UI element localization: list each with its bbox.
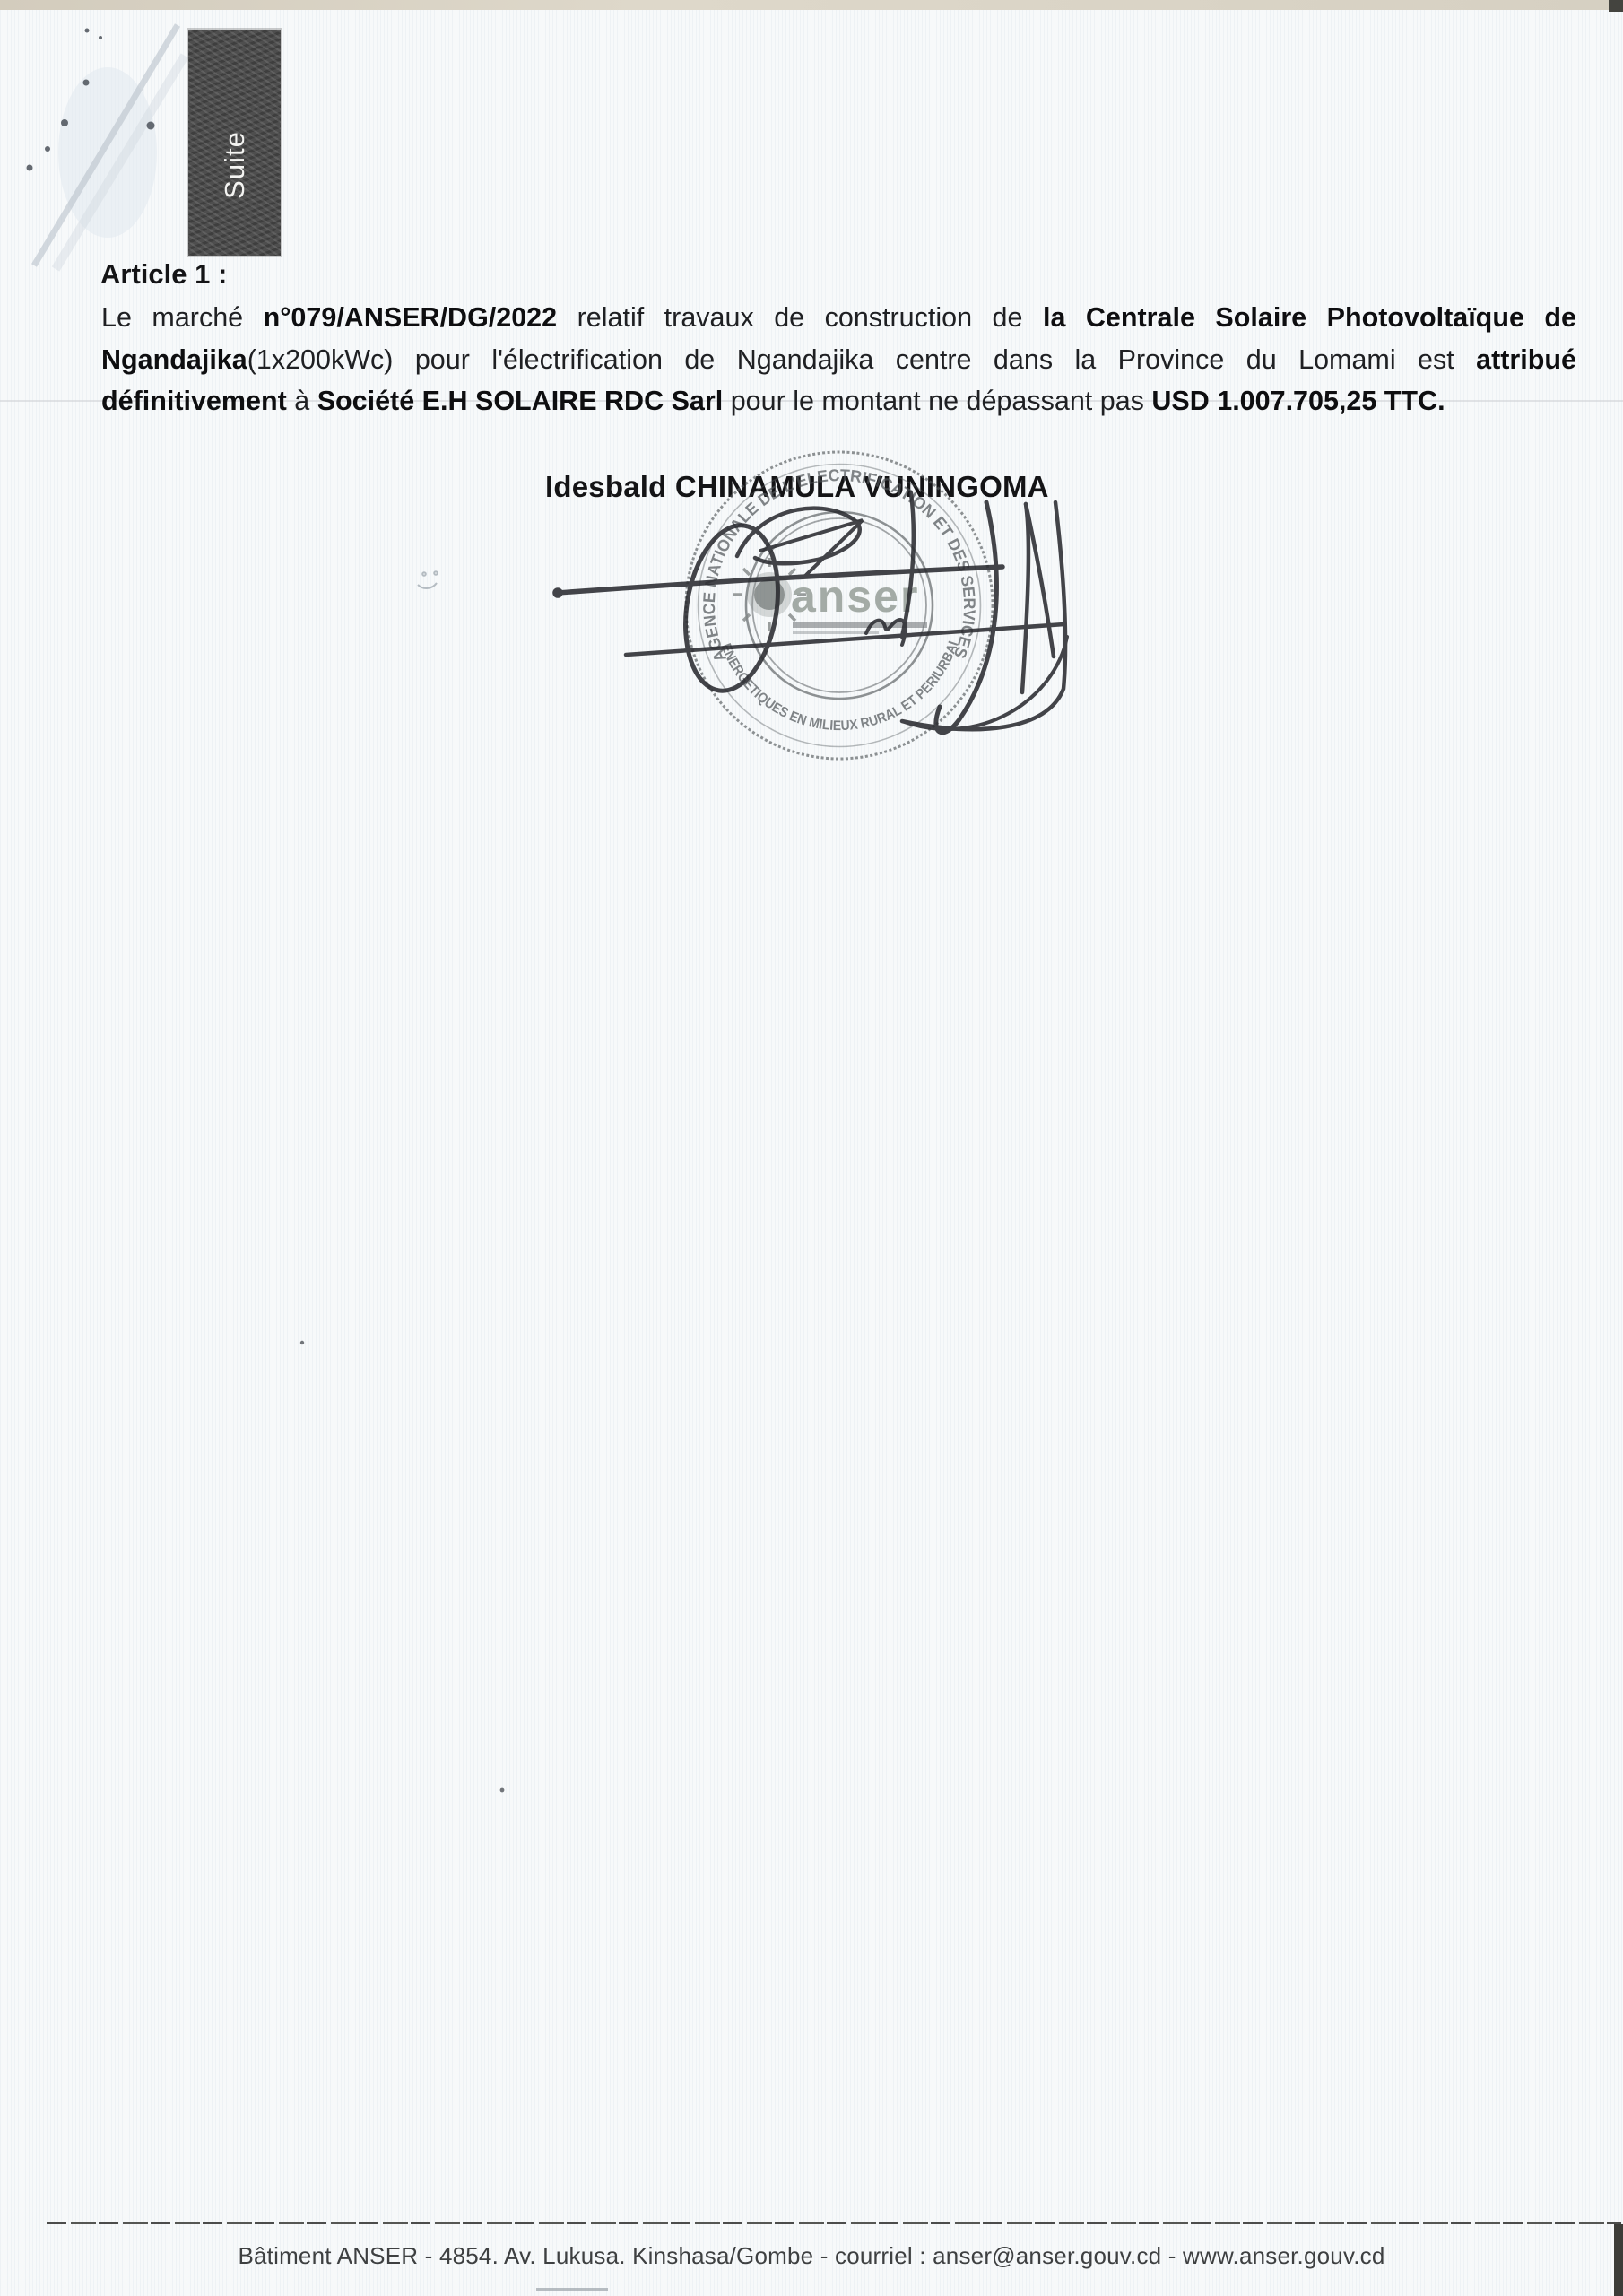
text-segment: définitivement	[101, 386, 287, 416]
text-segment: la Centrale Solaire Photovoltaïque de	[1043, 302, 1576, 333]
text-segment: Société E.H SOLAIRE RDC Sarl	[317, 386, 724, 416]
text-segment: (1x200kWc) pour l'électrification de Nga…	[247, 344, 1476, 375]
scan-edge-strip	[0, 0, 1623, 10]
text-segment: attribué	[1476, 344, 1576, 375]
signature-scribble	[404, 466, 1094, 762]
footer-address: Bâtiment ANSER - 4854. Av. Lukusa. Kinsh…	[0, 2242, 1623, 2270]
paragraph-line: Le marché n°079/ANSER/DG/2022 relatif tr…	[101, 297, 1576, 339]
footer-divider	[47, 2222, 1621, 2224]
scanned-document-page: { "colors": { "paper": "#f7f9fa", "ink":…	[0, 0, 1623, 2296]
paragraph-line: définitivement à Société E.H SOLAIRE RDC…	[101, 380, 1576, 422]
text-segment: USD 1.007.705,25 TTC.	[1151, 386, 1445, 416]
article-heading: Article 1 :	[100, 258, 227, 291]
pencil-stroke	[56, 56, 185, 269]
text-segment: Le marché	[101, 302, 264, 333]
ink-specks	[27, 29, 155, 171]
suite-stamp-label: Suite	[219, 131, 251, 199]
paragraph-line: Ngandajika(1x200kWc) pour l'électrificat…	[101, 339, 1576, 381]
text-segment: n°079/ANSER/DG/2022	[264, 302, 558, 333]
contract-paragraph: Le marché n°079/ANSER/DG/2022 relatif tr…	[101, 297, 1576, 422]
smudge-mark	[58, 67, 157, 238]
text-segment: Ngandajika	[101, 344, 247, 375]
speck	[300, 1341, 304, 1344]
text-segment: relatif travaux de construction de	[557, 302, 1043, 333]
speck	[500, 1788, 505, 1793]
text-segment: pour le montant ne dépassant pas	[723, 386, 1151, 416]
pencil-stroke	[34, 25, 178, 265]
suite-stamp: Suite	[188, 30, 281, 256]
scan-corner-artifact	[1609, 0, 1623, 12]
text-segment: à	[287, 386, 317, 416]
speck	[536, 2288, 608, 2291]
